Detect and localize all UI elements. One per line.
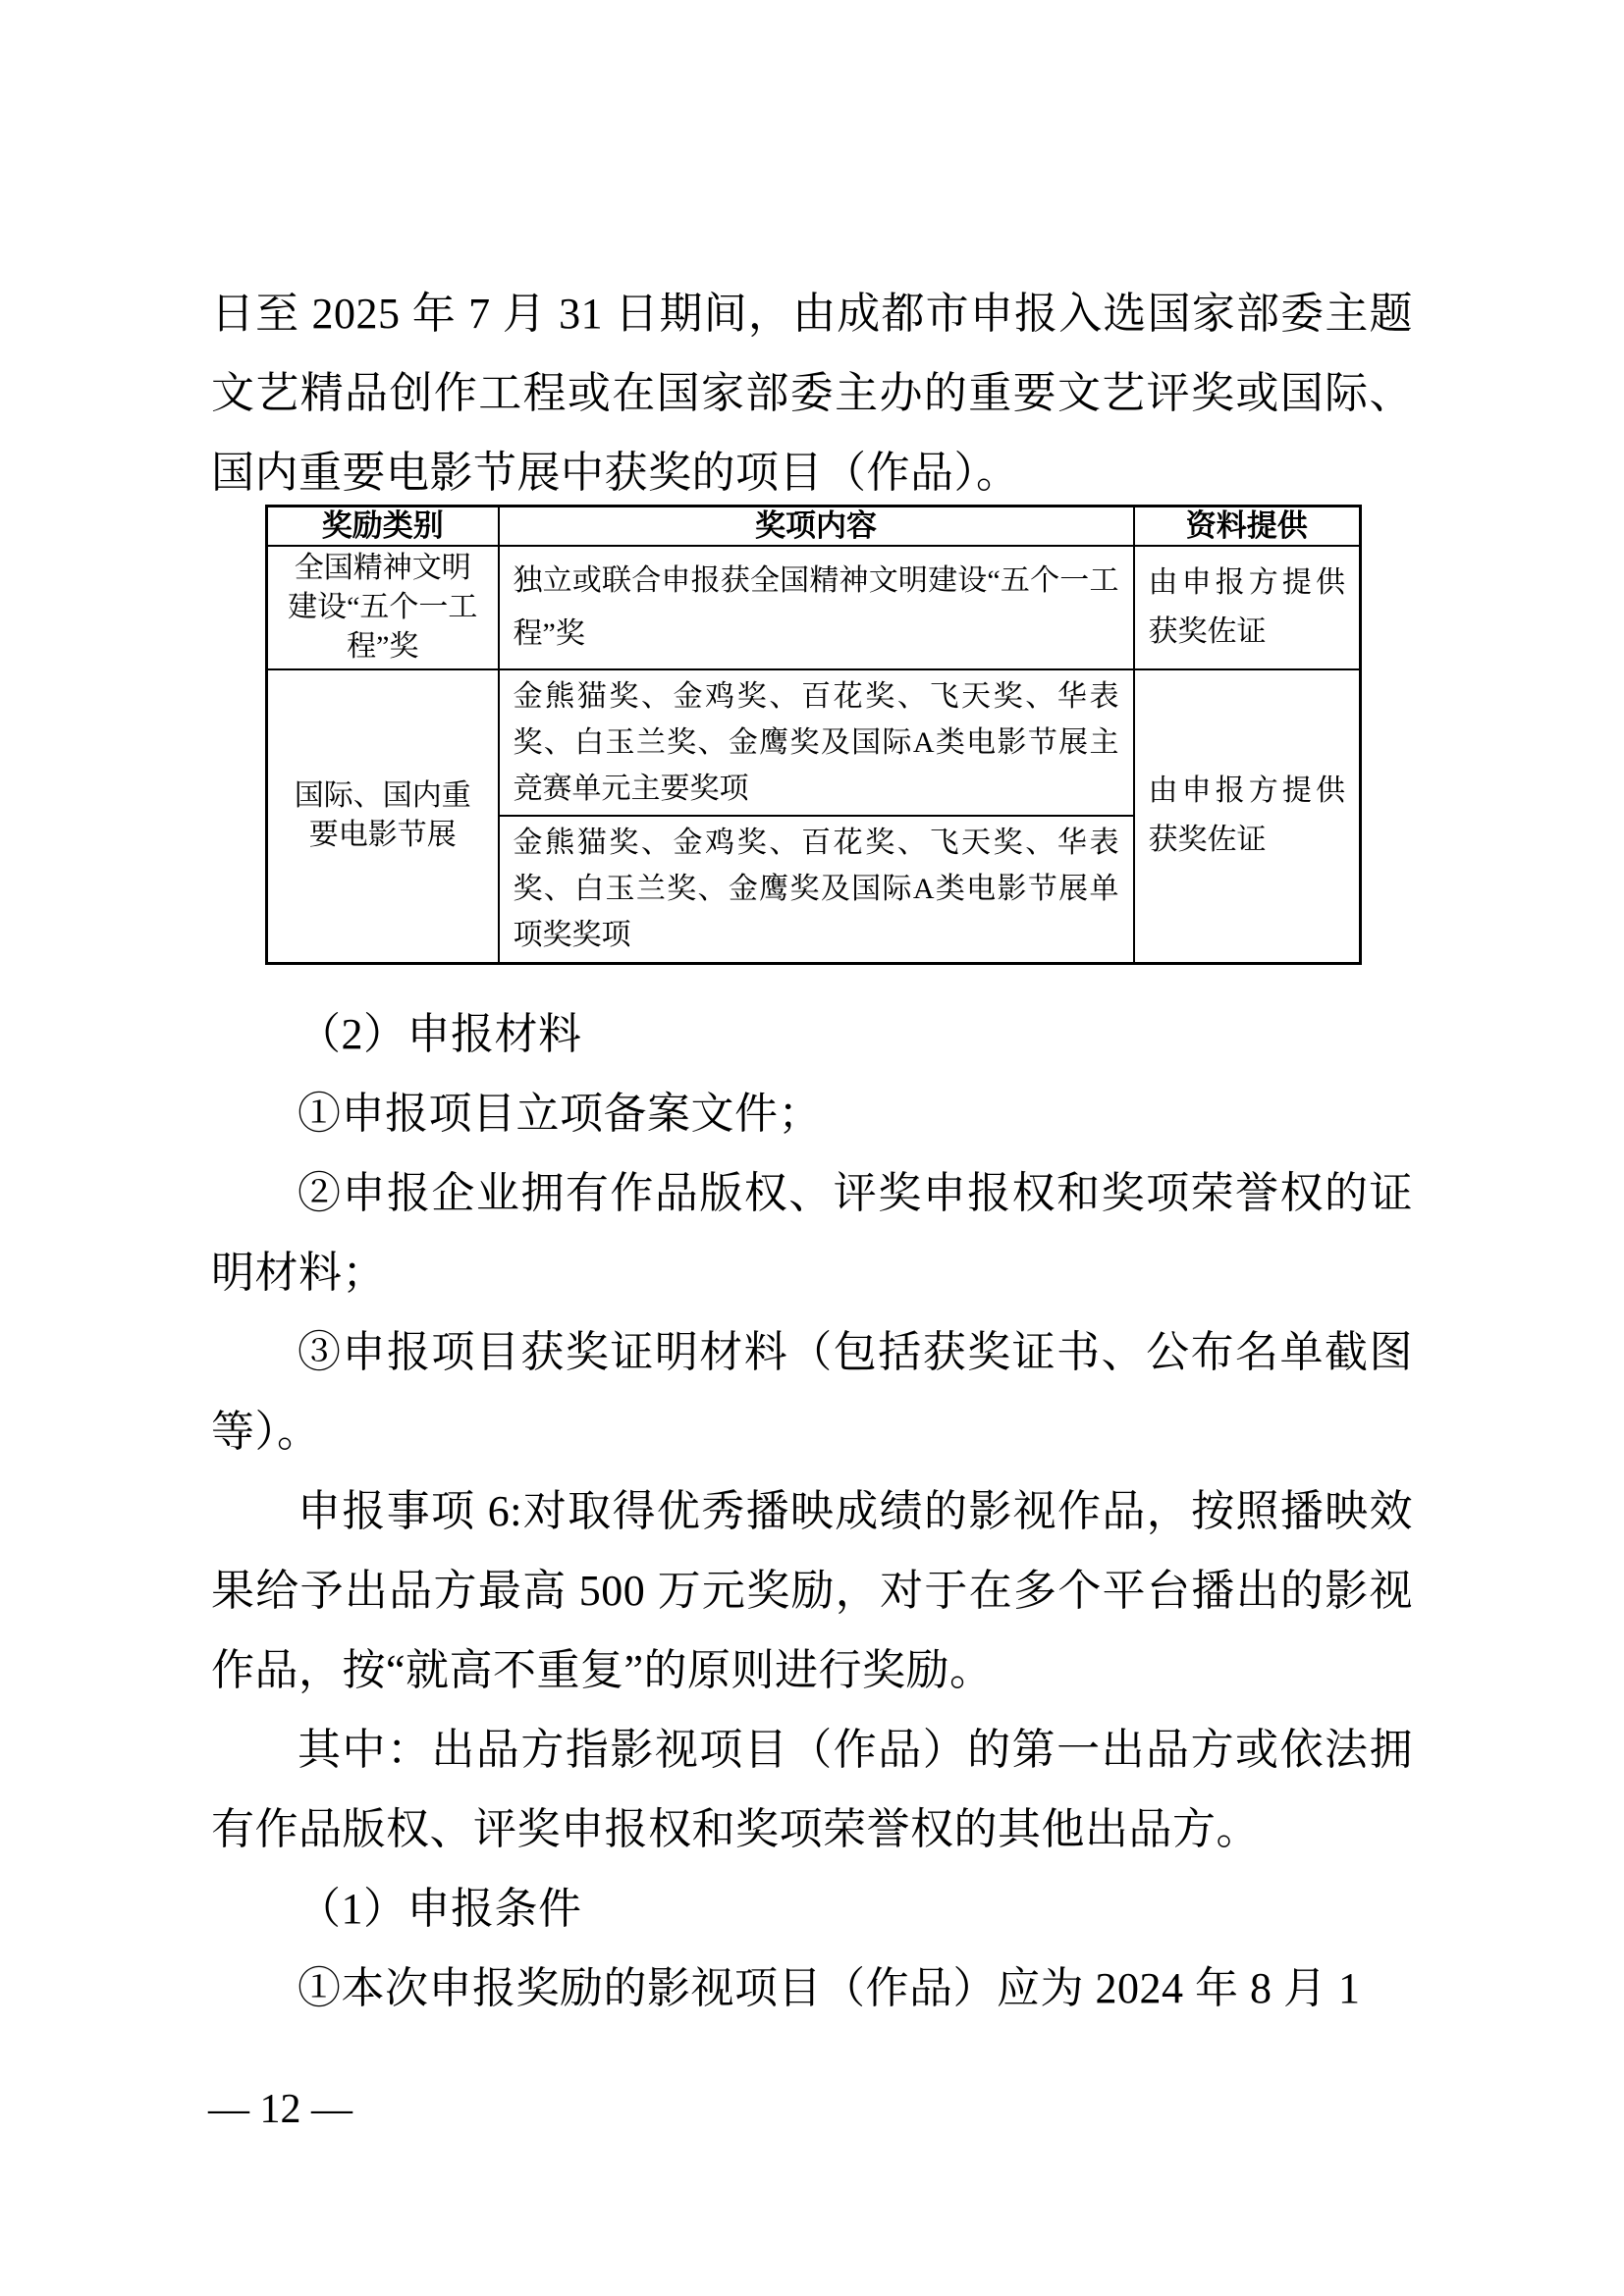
cell-award-content: 独立或联合申报获全国精神文明建设“五个一工程”奖 xyxy=(499,546,1134,669)
table-row-film-festival-main: 国际、国内重要电影节展 金熊猫奖、金鸡奖、百花奖、飞天奖、华表奖、白玉兰奖、金鹰… xyxy=(267,669,1361,816)
paragraph-item-2: ②申报企业拥有作品版权、评奖申报权和奖项荣誉权的证明材料； xyxy=(211,1153,1413,1312)
cell-award-category: 国际、国内重要电影节展 xyxy=(267,669,499,964)
paragraph-item-3: ③申报项目获奖证明材料（包括获奖证书、公布名单截图等）。 xyxy=(211,1312,1413,1471)
paragraph-item-1: ①申报项目立项备案文件； xyxy=(211,1074,1413,1153)
col-header-material: 资料提供 xyxy=(1134,507,1361,546)
paragraph-condition-1: ①本次申报奖励的影视项目（作品）应为 2024 年 8 月 1 xyxy=(211,1949,1413,2028)
table-header-row: 奖励类别 奖项内容 资料提供 xyxy=(267,507,1361,546)
paragraph-declaration-item-6: 申报事项 6:对取得优秀播映成绩的影视作品，按照播映效果给予出品方最高 500 … xyxy=(211,1471,1413,1710)
cell-material: 由申报方提供获奖佐证 xyxy=(1134,546,1361,669)
cell-material: 由申报方提供获奖佐证 xyxy=(1134,669,1361,964)
table-row-five-one-project: 全国精神文明建设“五个一工程”奖 独立或联合申报获全国精神文明建设“五个一工程”… xyxy=(267,546,1361,669)
cell-award-content: 金熊猫奖、金鸡奖、百花奖、飞天奖、华表奖、白玉兰奖、金鹰奖及国际A类电影节展主竞… xyxy=(499,669,1134,816)
paragraph-producer-definition: 其中：出品方指影视项目（作品）的第一出品方或依法拥有作品版权、评奖申报权和奖项荣… xyxy=(211,1710,1413,1869)
document-page: 日至 2025 年 7 月 31 日期间，由成都市申报入选国家部委主题文艺精品创… xyxy=(0,0,1624,2296)
paragraph-heading-materials: （2）申报材料 xyxy=(211,994,1413,1074)
page-body: 日至 2025 年 7 月 31 日期间，由成都市申报入选国家部委主题文艺精品创… xyxy=(211,274,1413,2028)
cell-award-content: 金熊猫奖、金鸡奖、百花奖、飞天奖、华表奖、白玉兰奖、金鹰奖及国际A类电影节展单项… xyxy=(499,816,1134,964)
award-table: 奖励类别 奖项内容 资料提供 全国精神文明建设“五个一工程”奖 独立或联合申报获… xyxy=(265,505,1362,965)
cell-award-category: 全国精神文明建设“五个一工程”奖 xyxy=(267,546,499,669)
paragraph-continuation: 日至 2025 年 7 月 31 日期间，由成都市申报入选国家部委主题文艺精品创… xyxy=(211,274,1413,512)
paragraph-heading-conditions: （1）申报条件 xyxy=(211,1869,1413,1949)
page-number: — 12 — xyxy=(208,2087,352,2132)
